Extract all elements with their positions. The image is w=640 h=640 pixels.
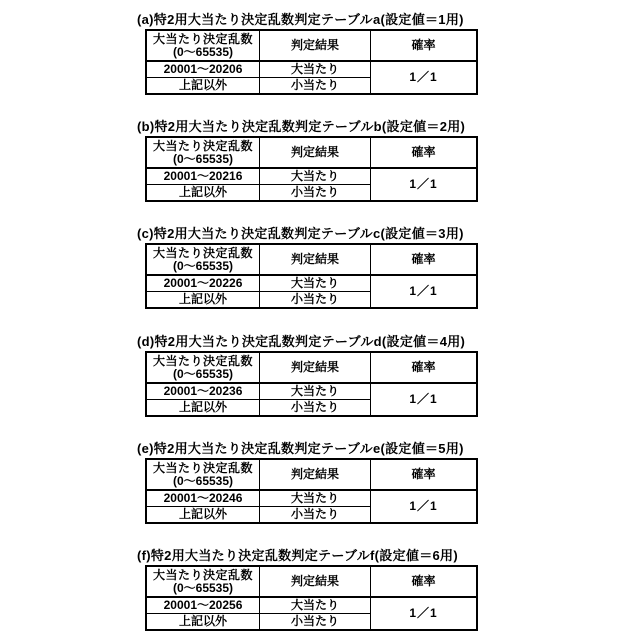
result-cell: 大当たり xyxy=(260,383,371,400)
judgment-table-f: 大当たり決定乱数 (0〜65535) 判定結果 確率 20001〜20256 大… xyxy=(145,565,478,631)
table-title: (c)特2用大当たり決定乱数判定テーブルc(設定値＝3用) xyxy=(137,227,512,241)
document-page: (a)特2用大当たり決定乱数判定テーブルa(設定値＝1用) 大当たり決定乱数 (… xyxy=(0,0,640,640)
result-cell: 小当たり xyxy=(260,614,371,631)
random-range-header-line1: 大当たり決定乱数 xyxy=(147,462,259,475)
table-block-b: (b)特2用大当たり決定乱数判定テーブルb(設定値＝2用) 大当たり決定乱数 (… xyxy=(137,120,512,202)
result-cell: 小当たり xyxy=(260,507,371,524)
probability-header-cell: 確率 xyxy=(371,244,478,275)
table-block-d: (d)特2用大当たり決定乱数判定テーブルd(設定値＝4用) 大当たり決定乱数 (… xyxy=(137,335,512,417)
judgment-table-d: 大当たり決定乱数 (0〜65535) 判定結果 確率 20001〜20236 大… xyxy=(145,351,478,417)
result-header-cell: 判定結果 xyxy=(260,566,371,597)
result-cell: 大当たり xyxy=(260,490,371,507)
table-row: 20001〜20256 大当たり 1／1 xyxy=(146,597,477,614)
result-header-cell: 判定結果 xyxy=(260,352,371,383)
random-range-header-line1: 大当たり決定乱数 xyxy=(147,247,259,260)
judgment-table-c: 大当たり決定乱数 (0〜65535) 判定結果 確率 20001〜20226 大… xyxy=(145,243,478,309)
probability-header-cell: 確率 xyxy=(371,352,478,383)
random-range-header-line2: (0〜65535) xyxy=(147,582,259,595)
probability-header-cell: 確率 xyxy=(371,30,478,61)
judgment-table-a: 大当たり決定乱数 (0〜65535) 判定結果 確率 20001〜20206 大… xyxy=(145,29,478,95)
range-cell: 20001〜20206 xyxy=(146,61,260,78)
range-cell: 20001〜20256 xyxy=(146,597,260,614)
probability-cell: 1／1 xyxy=(371,61,478,94)
table-title: (e)特2用大当たり決定乱数判定テーブルe(設定値＝5用) xyxy=(137,442,512,456)
probability-cell: 1／1 xyxy=(371,275,478,308)
table-row: 20001〜20236 大当たり 1／1 xyxy=(146,383,477,400)
result-cell: 大当たり xyxy=(260,168,371,185)
result-cell: 小当たり xyxy=(260,292,371,309)
range-cell: 上記以外 xyxy=(146,78,260,95)
result-header-cell: 判定結果 xyxy=(260,137,371,168)
random-range-header-line2: (0〜65535) xyxy=(147,153,259,166)
range-cell: 上記以外 xyxy=(146,614,260,631)
result-header-cell: 判定結果 xyxy=(260,244,371,275)
random-range-header-cell: 大当たり決定乱数 (0〜65535) xyxy=(146,352,260,383)
table-header-row: 大当たり決定乱数 (0〜65535) 判定結果 確率 xyxy=(146,352,477,383)
random-range-header-line1: 大当たり決定乱数 xyxy=(147,355,259,368)
result-cell: 小当たり xyxy=(260,78,371,95)
random-range-header-line1: 大当たり決定乱数 xyxy=(147,140,259,153)
result-cell: 大当たり xyxy=(260,597,371,614)
probability-cell: 1／1 xyxy=(371,597,478,630)
result-header-cell: 判定結果 xyxy=(260,30,371,61)
probability-header-cell: 確率 xyxy=(371,459,478,490)
range-cell: 上記以外 xyxy=(146,400,260,417)
table-title: (f)特2用大当たり決定乱数判定テーブルf(設定値＝6用) xyxy=(137,549,512,563)
table-header-row: 大当たり決定乱数 (0〜65535) 判定結果 確率 xyxy=(146,244,477,275)
random-range-header-cell: 大当たり決定乱数 (0〜65535) xyxy=(146,30,260,61)
table-row: 20001〜20246 大当たり 1／1 xyxy=(146,490,477,507)
result-cell: 大当たり xyxy=(260,275,371,292)
table-header-row: 大当たり決定乱数 (0〜65535) 判定結果 確率 xyxy=(146,30,477,61)
random-range-header-cell: 大当たり決定乱数 (0〜65535) xyxy=(146,566,260,597)
table-block-c: (c)特2用大当たり決定乱数判定テーブルc(設定値＝3用) 大当たり決定乱数 (… xyxy=(137,227,512,309)
table-row: 20001〜20206 大当たり 1／1 xyxy=(146,61,477,78)
probability-header-cell: 確率 xyxy=(371,566,478,597)
random-range-header-line2: (0〜65535) xyxy=(147,368,259,381)
table-header-row: 大当たり決定乱数 (0〜65535) 判定結果 確率 xyxy=(146,459,477,490)
table-row: 20001〜20226 大当たり 1／1 xyxy=(146,275,477,292)
range-cell: 20001〜20246 xyxy=(146,490,260,507)
range-cell: 20001〜20236 xyxy=(146,383,260,400)
probability-cell: 1／1 xyxy=(371,168,478,201)
table-title: (b)特2用大当たり決定乱数判定テーブルb(設定値＝2用) xyxy=(137,120,512,134)
range-cell: 上記以外 xyxy=(146,185,260,202)
range-cell: 20001〜20226 xyxy=(146,275,260,292)
table-row: 20001〜20216 大当たり 1／1 xyxy=(146,168,477,185)
table-block-f: (f)特2用大当たり決定乱数判定テーブルf(設定値＝6用) 大当たり決定乱数 (… xyxy=(137,549,512,631)
range-cell: 20001〜20216 xyxy=(146,168,260,185)
random-range-header-cell: 大当たり決定乱数 (0〜65535) xyxy=(146,137,260,168)
judgment-table-b: 大当たり決定乱数 (0〜65535) 判定結果 確率 20001〜20216 大… xyxy=(145,136,478,202)
result-cell: 大当たり xyxy=(260,61,371,78)
result-header-cell: 判定結果 xyxy=(260,459,371,490)
judgment-table-e: 大当たり決定乱数 (0〜65535) 判定結果 確率 20001〜20246 大… xyxy=(145,458,478,524)
table-header-row: 大当たり決定乱数 (0〜65535) 判定結果 確率 xyxy=(146,137,477,168)
table-title: (d)特2用大当たり決定乱数判定テーブルd(設定値＝4用) xyxy=(137,335,512,349)
random-range-header-line2: (0〜65535) xyxy=(147,475,259,488)
random-range-header-line1: 大当たり決定乱数 xyxy=(147,569,259,582)
result-cell: 小当たり xyxy=(260,185,371,202)
table-block-e: (e)特2用大当たり決定乱数判定テーブルe(設定値＝5用) 大当たり決定乱数 (… xyxy=(137,442,512,524)
random-range-header-line1: 大当たり決定乱数 xyxy=(147,33,259,46)
range-cell: 上記以外 xyxy=(146,507,260,524)
range-cell: 上記以外 xyxy=(146,292,260,309)
table-title: (a)特2用大当たり決定乱数判定テーブルa(設定値＝1用) xyxy=(137,13,512,27)
table-header-row: 大当たり決定乱数 (0〜65535) 判定結果 確率 xyxy=(146,566,477,597)
probability-cell: 1／1 xyxy=(371,383,478,416)
random-range-header-cell: 大当たり決定乱数 (0〜65535) xyxy=(146,459,260,490)
random-range-header-line2: (0〜65535) xyxy=(147,260,259,273)
probability-cell: 1／1 xyxy=(371,490,478,523)
result-cell: 小当たり xyxy=(260,400,371,417)
random-range-header-cell: 大当たり決定乱数 (0〜65535) xyxy=(146,244,260,275)
probability-header-cell: 確率 xyxy=(371,137,478,168)
table-block-a: (a)特2用大当たり決定乱数判定テーブルa(設定値＝1用) 大当たり決定乱数 (… xyxy=(137,13,512,95)
random-range-header-line2: (0〜65535) xyxy=(147,46,259,59)
